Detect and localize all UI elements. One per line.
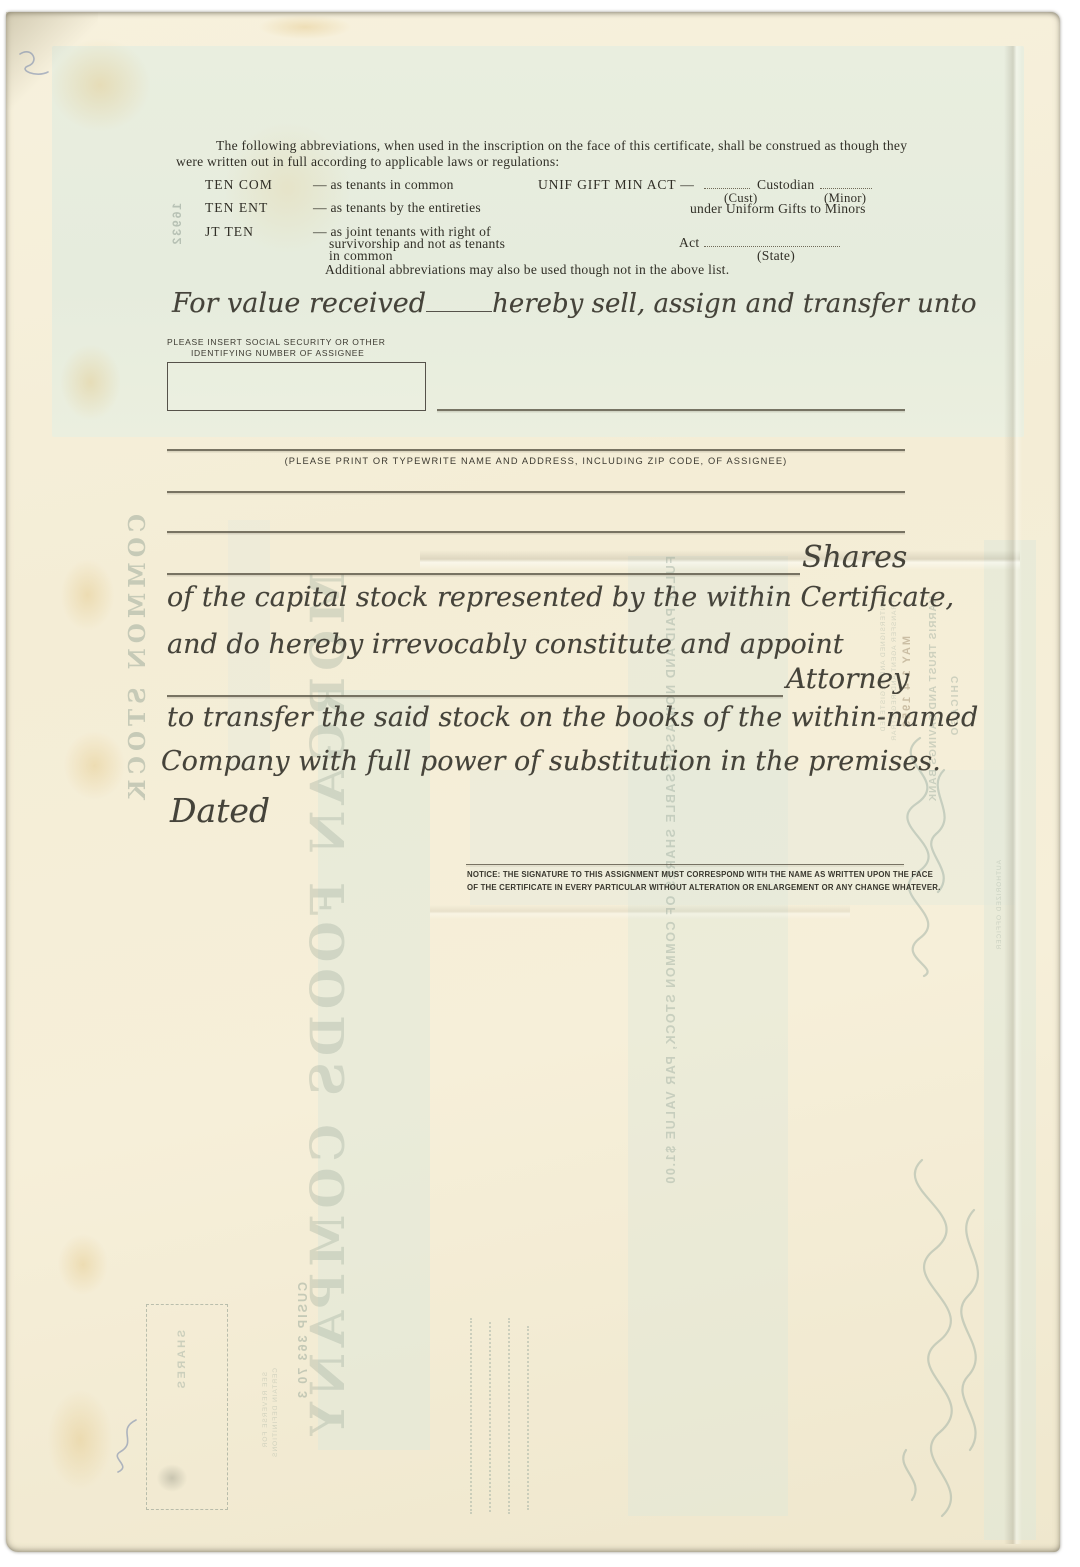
- print-or-typewrite-caption: (PLEASE PRINT OR TYPEWRITE NAME AND ADDR…: [167, 456, 905, 466]
- ssn-entry-box: [167, 362, 426, 411]
- stain: [52, 718, 137, 813]
- dated-word: Dated: [170, 791, 270, 830]
- notice-line1: NOTICE: THE SIGNATURE TO THIS ASSIGNMENT…: [467, 870, 933, 879]
- abbreviations-intro: The following abbreviations, when used i…: [176, 138, 938, 169]
- abbr-ten-com: TEN COM: [205, 177, 273, 193]
- bleed-fine-print-column: [470, 1318, 472, 1514]
- stain: [50, 545, 125, 645]
- dotted-blank-minor: [820, 179, 872, 189]
- abbr-unif-state: (State): [757, 248, 795, 264]
- ssn-label-line1: PLEASE INSERT SOCIAL SECURITY OR OTHER: [167, 337, 386, 347]
- body-line2: and do hereby irrevocably constitute and…: [167, 629, 844, 660]
- stain: [48, 1222, 118, 1307]
- crease: [420, 550, 1020, 570]
- abbr-unif-custodian: Custodian: [757, 177, 814, 193]
- stain: [48, 330, 133, 435]
- crease: [430, 905, 850, 919]
- body-line4: Company with full power of substitution …: [161, 746, 941, 777]
- signature-line: [466, 864, 904, 865]
- shares-write-in-line: [167, 573, 800, 575]
- bleed-fine-print-column: [527, 1326, 529, 1510]
- bleed-signature-scribble: [882, 1150, 1012, 1530]
- abbr-unif-label: UNIF GIFT MIN ACT —: [538, 177, 695, 193]
- dotted-blank-cust: [704, 179, 750, 189]
- for-value-received-text: For value received: [172, 288, 426, 319]
- write-in-line: [167, 449, 905, 451]
- body-line1: of the capital stock represented by the …: [167, 582, 954, 613]
- attorney-write-in-line: [167, 695, 783, 697]
- write-in-line: [167, 491, 905, 493]
- abbr-ten-com-meaning: — as tenants in common: [313, 177, 454, 193]
- blank-underline: [426, 307, 492, 312]
- abbr-jt-ten: JT TEN: [205, 224, 254, 240]
- shares-word: Shares: [802, 540, 907, 575]
- abbr-unif-under: under Uniform Gifts to Minors: [690, 201, 866, 217]
- attorney-word: Attorney: [786, 662, 909, 695]
- scanned-certificate-back-page: 16932 COMMON STOCK MORGAN FOODS COMPANY …: [0, 0, 1080, 1567]
- pencil-mark: [106, 1414, 144, 1476]
- body-line3: to transfer the said stock on the books …: [167, 702, 978, 733]
- assignment-opening-line: For value receivedhereby sell, assign an…: [172, 288, 977, 319]
- notice-line2: OF THE CERTIFICATE IN EVERY PARTICULAR W…: [467, 883, 940, 892]
- abbreviations-additional-note: Additional abbreviations may also be use…: [325, 262, 729, 278]
- write-in-line: [437, 409, 905, 411]
- sell-assign-transfer-text: hereby sell, assign and transfer unto: [492, 289, 977, 319]
- bleed-fine-print-column: [489, 1322, 491, 1512]
- abbr-unif-act: Act: [679, 235, 699, 251]
- bleed-fine-print-column: [508, 1318, 510, 1514]
- ssn-label-line2: IDENTIFYING NUMBER OF ASSIGNEE: [191, 348, 365, 358]
- stain: [240, 10, 370, 44]
- abbr-ten-ent: TEN ENT: [205, 200, 268, 216]
- pencil-mark: [14, 44, 54, 88]
- write-in-line: [167, 531, 905, 533]
- abbr-ten-ent-meaning: — as tenants by the entireties: [313, 200, 481, 216]
- smudge: [150, 1458, 194, 1498]
- dotted-blank-state: [704, 237, 840, 247]
